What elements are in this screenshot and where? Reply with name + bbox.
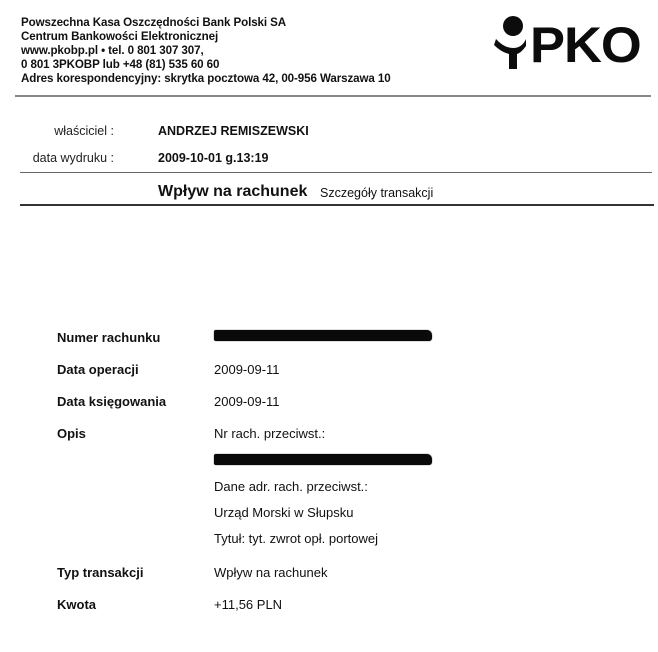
bank-phone-alt: 0 801 3PKOBP lub +48 (81) 535 60 60 bbox=[21, 58, 219, 72]
counterparty-account-redacted bbox=[214, 454, 432, 465]
account-number-label: Numer rachunku bbox=[57, 330, 160, 345]
pko-logo-text: PKO bbox=[530, 20, 641, 70]
divider-bottom bbox=[20, 204, 654, 206]
divider-top bbox=[15, 95, 651, 97]
operation-date-value: 2009-09-11 bbox=[214, 362, 280, 377]
owner-value: ANDRZEJ REMISZEWSKI bbox=[158, 124, 309, 138]
description-title: Tytuł: tyt. zwrot opł. portowej bbox=[214, 531, 378, 546]
pko-logo: PKO bbox=[490, 12, 655, 72]
print-date-label: data wydruku : bbox=[14, 151, 114, 165]
owner-label: właściciel : bbox=[14, 124, 114, 138]
bank-name: Powszechna Kasa Oszczędności Bank Polski… bbox=[21, 16, 286, 30]
booking-date-value: 2009-09-11 bbox=[214, 394, 280, 409]
description-counterparty-name: Urząd Morski w Słupsku bbox=[214, 505, 353, 520]
description-counterparty-address-label: Dane adr. rach. przeciwst.: bbox=[214, 479, 368, 494]
amount-value: +11,56 PLN bbox=[214, 597, 282, 612]
amount-label: Kwota bbox=[57, 597, 96, 612]
pko-piggy-coin-icon bbox=[490, 12, 530, 72]
operation-date-label: Data operacji bbox=[57, 362, 139, 377]
page-title: Wpływ na rachunek bbox=[158, 183, 307, 201]
bank-website-phone: www.pkobp.pl • tel. 0 801 307 307, bbox=[21, 44, 204, 58]
transaction-type-label: Typ transakcji bbox=[57, 565, 143, 580]
transaction-type-value: Wpływ na rachunek bbox=[214, 565, 327, 580]
account-number-redacted bbox=[214, 330, 432, 341]
print-date-value: 2009-10-01 g.13:19 bbox=[158, 151, 269, 165]
booking-date-label: Data księgowania bbox=[57, 394, 166, 409]
description-label: Opis bbox=[57, 426, 86, 441]
divider-middle bbox=[20, 172, 652, 173]
bank-department: Centrum Bankowości Elektronicznej bbox=[21, 30, 218, 44]
description-counterparty-account-label: Nr rach. przeciwst.: bbox=[214, 426, 325, 441]
page-subtitle: Szczegóły transakcji bbox=[320, 186, 433, 200]
bank-postal-address: Adres korespondencyjny: skrytka pocztowa… bbox=[21, 72, 391, 86]
